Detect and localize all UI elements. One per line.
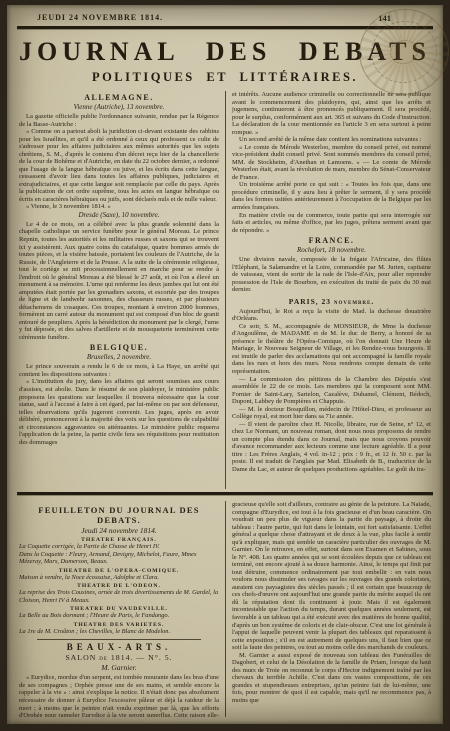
paragraph: gracieuse qu'elle soit d'ailleurs, contr…	[232, 501, 431, 652]
newspaper-page: JEUDI 24 NOVEMBRE 1814. 141 JOURNAL DES …	[7, 5, 443, 724]
paragraph: Un second arrêté de la même date contien…	[232, 136, 431, 144]
theatre-program-line: La 1re de M. Croûton ; les Chevilles, le…	[19, 628, 219, 636]
salon-subheading: SALON de 1814. — N°. 5.	[19, 653, 219, 662]
artist-name: M. Garnier.	[19, 663, 219, 672]
paragraph: — Il vient de paroître chez H. Nicolle, …	[232, 421, 431, 474]
feuilleton-right-column: gracieuse qu'elle soit d'ailleurs, contr…	[225, 501, 431, 717]
section-heading-paris: PARIS, 23 novembre.	[232, 297, 431, 306]
paragraph: Ce soir, S. M., accompagnée de MONSIEUR,…	[232, 323, 431, 376]
paragraph: Un troisième arrêté porte ce qui suit : …	[232, 181, 431, 211]
dateline-dresde: Dresde (Saxe), 10 novembre.	[19, 211, 219, 219]
paragraph: « L'institution du jury, dans les affair…	[19, 378, 219, 446]
section-heading-allemagne: ALLEMAGNE.	[19, 93, 219, 102]
paragraph: En matière civile ou de commerce, toute …	[232, 212, 431, 235]
paragraph: et intérêts. Aucune audience criminelle …	[232, 91, 431, 136]
theatre-program-line: La reprise des Trois Cousines, ornée de …	[19, 589, 219, 604]
section-heading-france: FRANCE.	[232, 236, 431, 245]
theatre-program-line: La Coquette corrigée, la Partie de Chass…	[19, 543, 219, 551]
paragraph: — M. le docteur Bosquillon, médecin de l…	[232, 406, 431, 421]
feuilleton-left-column: FEUILLETON DU JOURNAL DES DEBATS. Jeudi …	[19, 501, 225, 717]
theatre-program-line: Maison à vendre, la Noce écossaise, Adol…	[19, 574, 219, 582]
paragraph: Aujourd'hui, le Roi a reçu la visite de …	[232, 308, 431, 323]
theatre-program-line: Dans la Coquette : Fleury, Armand, Devig…	[19, 551, 219, 566]
theatre-program-line: La Belle au Bois dormant ; l'Heure de Pa…	[19, 612, 219, 620]
right-column: et intérêts. Aucune audience criminelle …	[225, 91, 431, 489]
paragraph: « Le comte de Mérode Westerloo, membre d…	[232, 144, 431, 182]
paragraph: « Vienne, le 3 novembre 1814. »	[19, 203, 219, 211]
feuilleton-separator-rule	[17, 492, 433, 495]
paragraph: La gazette officielle publie l'ordonnanc…	[19, 113, 219, 128]
dateline-vienne: Vienne (Autriche), 13 novembre.	[19, 103, 219, 111]
feuilleton-date: Jeudi 24 novembre 1814.	[19, 526, 219, 535]
paragraph: Le 4 de ce mois, on a célébré avec la pl…	[19, 221, 219, 342]
feuilleton-columns: FEUILLETON DU JOURNAL DES DEBATS. Jeudi …	[19, 501, 431, 717]
left-column: ALLEMAGNE. Vienne (Autriche), 13 novembr…	[19, 91, 225, 489]
section-heading-belgique: BELGIQUE.	[19, 343, 219, 352]
paragraph: « Eurydice, mordue d'un serpent, est tom…	[19, 674, 219, 717]
beaux-arts-rule	[37, 639, 201, 640]
paragraph: Le prince souverain a rendu le 6 de ce m…	[19, 363, 219, 378]
paragraph: « Comme on a partout aboli la juridictio…	[19, 128, 219, 203]
paragraph: — La commission des pétitions de la Cham…	[232, 376, 431, 406]
beaux-arts-heading: BEAUX-ARTS.	[19, 642, 219, 652]
paragraph: Une division navale, composée de la frég…	[232, 256, 431, 294]
paragraph: M. Garnier a aussi exposé de nouveau son…	[232, 652, 431, 705]
issue-date: JEUDI 24 NOVEMBRE 1814.	[37, 13, 163, 22]
news-columns: ALLEMAGNE. Vienne (Autriche), 13 novembr…	[19, 91, 431, 489]
dateline-rochefort: Rochefort, 18 novembre.	[232, 246, 431, 254]
dateline-bruxelles: Bruxelles, 2 novembre.	[19, 353, 219, 361]
feuilleton-header: FEUILLETON DU JOURNAL DES DEBATS.	[19, 505, 219, 525]
